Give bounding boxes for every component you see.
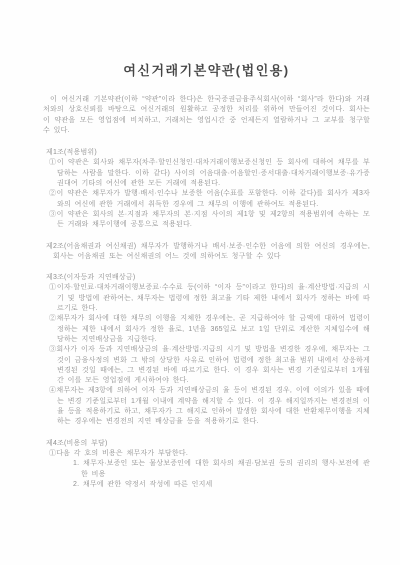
article-4: 제4조(비용의 부담) ①다음 각 호의 비용은 채무자가 부담한다. 1. 채…: [43, 439, 370, 490]
intro-paragraph: 이 여신거래 기본약관(이하 “약관”이라 한다)은 한국증권금융주식회사(이하…: [43, 95, 370, 136]
article-1-heading: 제1조(적용범위): [43, 148, 370, 158]
article-3-clause-1: ①이자·할인료·대차거래이행보증료·수수료 등(이하 “이자 등”이라고 한다)…: [43, 283, 370, 314]
article-2-paragraph: 제2조(어음채권과 여신채권) 채무자가 발행하거나 배서·보증·인수한 어음에…: [43, 242, 370, 263]
article-3-clause-2: ②채무자가 회사에 대한 채무의 이행을 지체한 경우에는, 곧 지급하여야 할…: [43, 314, 370, 345]
article-4-item-1: 1. 채무자·보증인 또는 물상보증인에 대한 회사의 채권·담보권 등의 권리…: [43, 459, 370, 480]
article-1-clause-3: ③이 약관은 회사의 본·지점과 채무자의 본·지점 사이의 제1항 및 제2항…: [43, 210, 370, 231]
article-3-clause-4: ④채무자는 제3항에 의하여 이자 등과 지연배상금의 율 등이 변경된 경우,…: [43, 386, 370, 427]
document-title: 여신거래기본약관(법인용): [43, 63, 370, 78]
document-page: 여신거래기본약관(법인용) 이 여신거래 기본약관(이하 “약관”이라 한다)은…: [0, 0, 400, 565]
article-3: 제3조(이자등과 지연배상금) ①이자·할인료·대차거래이행보증료·수수료 등(…: [43, 273, 370, 427]
article-1: 제1조(적용범위) ①이 약관은 회사와 채무자(차주·할인신청인·대차거래이행…: [43, 148, 370, 230]
article-3-heading: 제3조(이자등과 지연배상금): [43, 273, 370, 283]
article-3-clause-3: ③회사가 이자 등과 지연배상금의 율·계산방법·지급의 시기 및 방법을 변경…: [43, 345, 370, 386]
article-1-clause-2: ②이 약관은 채무자가 발행·배서·인수나 보증한 어음(수표를 포함한다. 이…: [43, 189, 370, 210]
article-4-clause-1: ①다음 각 호의 비용은 채무자가 부담한다.: [43, 449, 370, 459]
article-2-heading: 제2조(어음채권과 여신채권): [46, 243, 136, 250]
article-4-item-2: 2. 채무에 관한 약정서 작성에 따른 인지세: [43, 480, 370, 490]
article-2: 제2조(어음채권과 여신채권) 채무자가 발행하거나 배서·보증·인수한 어음에…: [43, 242, 370, 263]
article-1-clause-1: ①이 약관은 회사와 채무자(차주·할인신청인·대차거래이행보증신청인 등 회사…: [43, 158, 370, 189]
document-body: 이 여신거래 기본약관(이하 “약관”이라 한다)은 한국증권금융주식회사(이하…: [43, 95, 370, 490]
article-4-heading: 제4조(비용의 부담): [43, 439, 370, 449]
